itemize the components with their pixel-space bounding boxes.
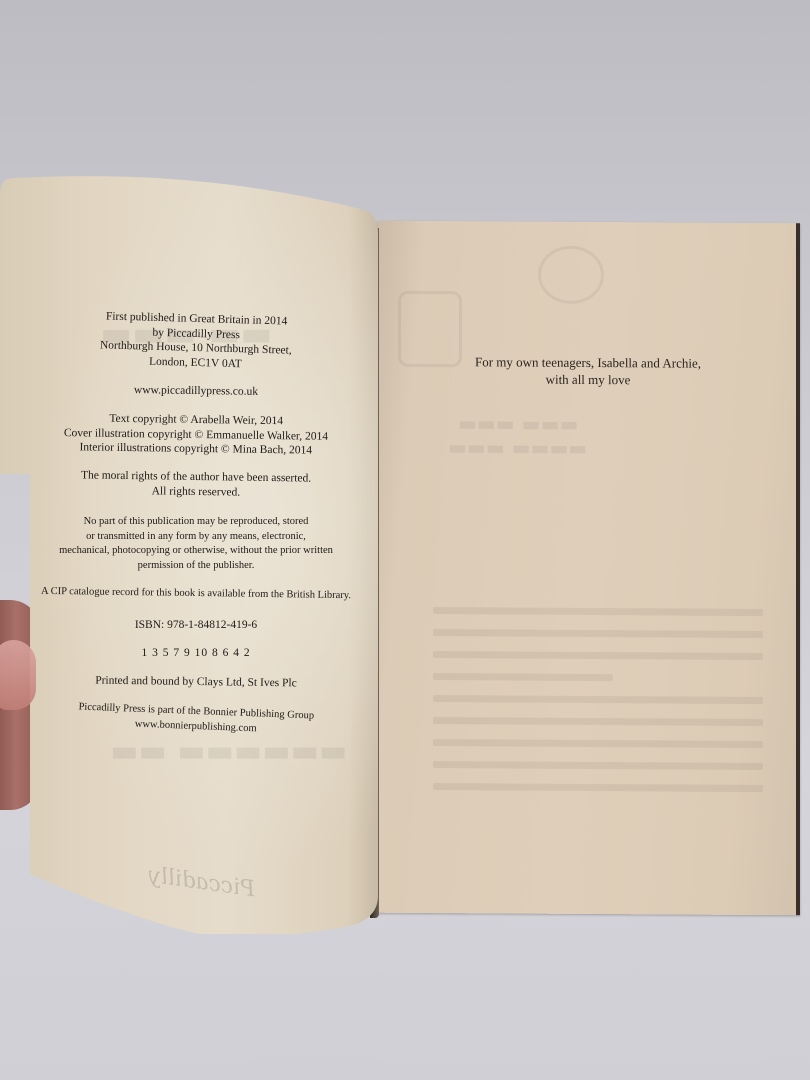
show-through-title: ▬▬▬ ▬▬▬ — [458, 411, 578, 436]
copyright-block: First published in Great Britain in 2014… — [22, 312, 370, 734]
publication-info: First published in Great Britain in 2014… — [21, 307, 370, 375]
show-through-text — [433, 629, 763, 638]
show-through-text — [433, 761, 763, 770]
show-through-text — [433, 673, 613, 681]
reproduction-line: or transmitted in any form by any means,… — [22, 530, 370, 545]
reproduction-notice: No part of this publication may be repro… — [22, 515, 370, 573]
show-through-text — [433, 695, 763, 704]
show-through-text — [433, 783, 763, 792]
dedication-line: For my own teenagers, Isabella and Archi… — [418, 353, 758, 372]
copyright-notices: Text copyright © Arabella Weir, 2014 Cov… — [22, 410, 371, 458]
show-through-text — [433, 717, 763, 726]
reproduction-line: No part of this publication may be repro… — [22, 515, 370, 530]
thumbnail — [0, 640, 36, 710]
reproduction-line: permission of the publisher. — [22, 559, 370, 574]
isbn: ISBN: 978-1-84812-419-6 — [22, 618, 370, 633]
show-through-text — [433, 607, 763, 616]
dedication-line: with all my love — [418, 370, 758, 389]
dedication-page: ▬▬▬ ▬▬▬ ▬▬▬▬ ▬▬▬ For my own teenagers, I… — [378, 221, 800, 916]
print-line: 1 3 5 7 9 10 8 6 4 2 — [22, 646, 370, 661]
show-through-text — [433, 739, 763, 748]
show-through-illustration — [538, 246, 604, 304]
show-through-title: ▬▬▬▬▬▬ ▬▬ — [110, 734, 347, 769]
show-through-text — [433, 651, 763, 660]
show-through-title: ▬▬▬▬ ▬▬▬ — [448, 435, 587, 460]
dedication-text: For my own teenagers, Isabella and Archi… — [418, 353, 758, 389]
reproduction-line: mechanical, photocopying or otherwise, w… — [22, 544, 370, 559]
moral-rights: The moral rights of the author have been… — [22, 468, 370, 502]
